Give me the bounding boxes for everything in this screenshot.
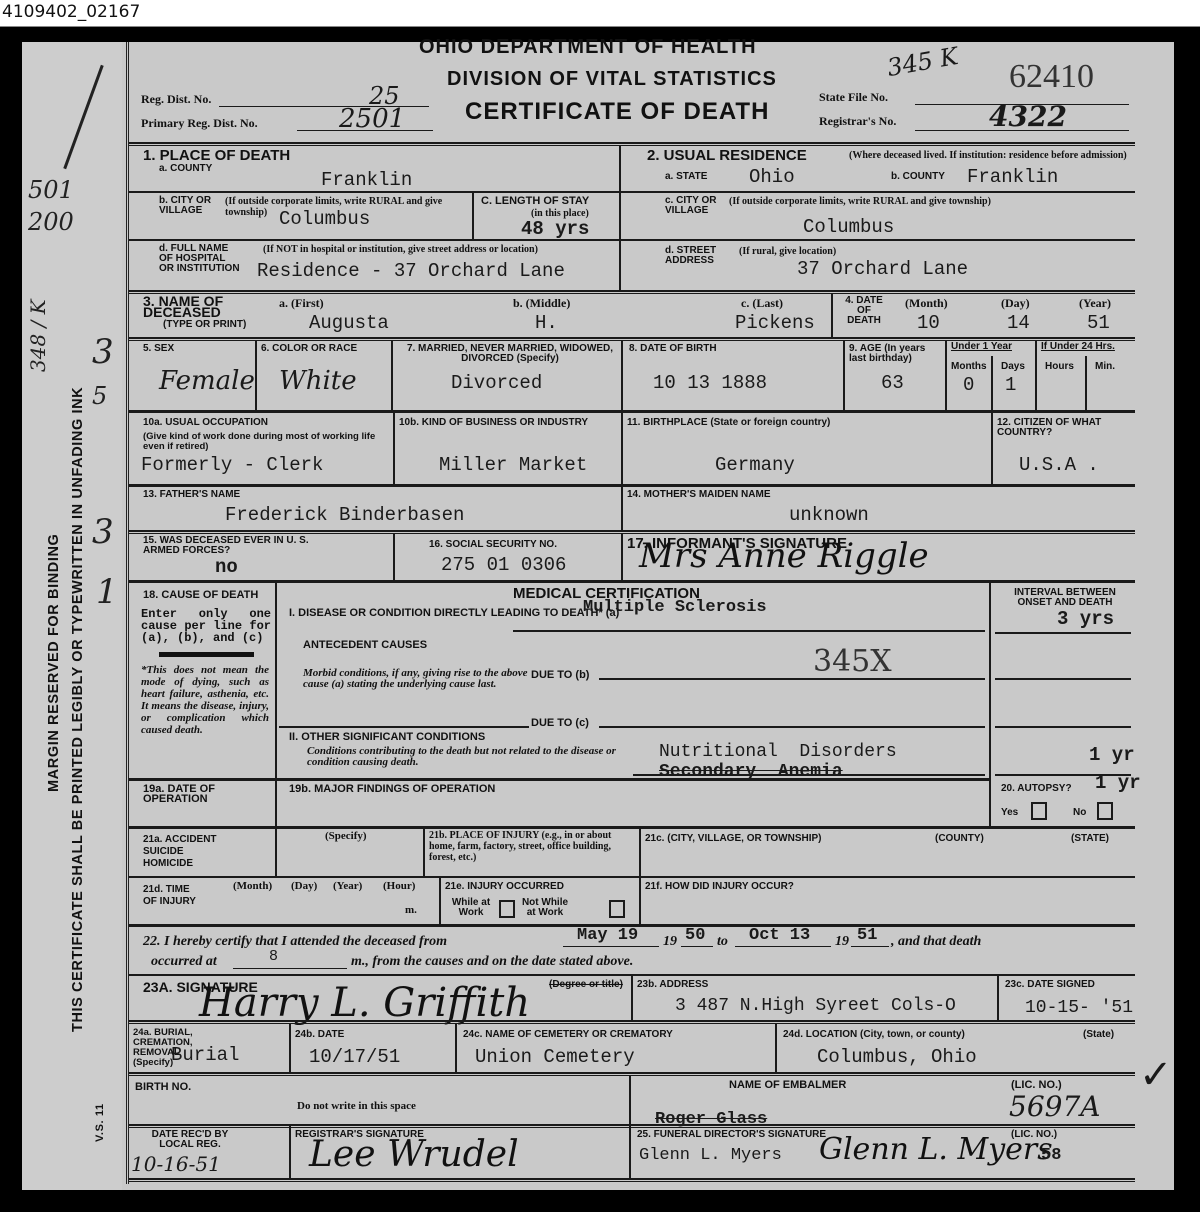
divider [129, 1020, 1135, 1024]
cause-b-code: 345X [813, 644, 892, 679]
embalmer-lic-label: (LIC. NO.) [1011, 1080, 1062, 1090]
months-label: Months [951, 362, 987, 372]
interval-label: INTERVAL BETWEEN ONSET AND DEATH [997, 588, 1133, 608]
degree-title-label: (Degree or title) [549, 980, 623, 990]
ur-city-value: Columbus [803, 216, 894, 238]
divider [621, 534, 623, 580]
pod-hospital-note: (If NOT in hospital or institution, give… [263, 244, 619, 255]
margin-note-3: 348 / K [26, 299, 50, 372]
sex-value: Female [159, 366, 255, 396]
divider [391, 340, 393, 410]
divider [1035, 340, 1037, 410]
days-value: 1 [1005, 374, 1016, 396]
while-at-work-label: While at Work [445, 898, 497, 918]
first-name-value: Augusta [309, 312, 389, 334]
margin-note-1: 501 [28, 176, 74, 204]
divider [997, 976, 999, 1020]
divider [129, 1124, 1135, 1128]
ur-street-label: d. STREET ADDRESS [665, 246, 745, 266]
injury-city-label: 21c. (CITY, VILLAGE, OR TOWNSHIP) [645, 834, 822, 844]
dod-day-label: (Day) [1001, 296, 1030, 311]
divider [393, 412, 395, 484]
margin-note-5: 5 [92, 382, 107, 410]
injury-county-label: (COUNTY) [935, 834, 984, 844]
divider [423, 828, 425, 876]
divider [991, 412, 993, 484]
ur-state-value: Ohio [749, 166, 795, 188]
injury-month-label: (Month) [233, 880, 272, 892]
division-heading: DIVISION OF VITAL STATISTICS [447, 68, 777, 91]
certificate-form: OHIO DEPARTMENT OF HEALTH DIVISION OF VI… [126, 42, 1136, 1184]
divider [129, 290, 1135, 294]
margin-note-7: 1 [96, 572, 118, 612]
operation-date-label: 19a. DATE OF OPERATION [143, 784, 271, 804]
death-time: 8 [269, 948, 278, 965]
year-prefix-1: 19 [663, 936, 677, 947]
attended-from-year: 50 [685, 926, 705, 945]
primary-reg-dist-value: 2501 [339, 104, 405, 134]
cemetery-value: Union Cemetery [475, 1046, 635, 1068]
injury-year-label: (Year) [333, 880, 362, 892]
to-year-line [851, 946, 889, 947]
citizen-value: U.S.A . [1019, 454, 1099, 476]
address-label: 23b. ADDRESS [637, 980, 708, 990]
embalmer-label: NAME OF EMBALMER [729, 1080, 846, 1090]
name-of-deceased-label: 3. NAME OF DECEASED [143, 296, 263, 318]
dod-month-label: (Month) [905, 296, 948, 311]
due-to-b-label: DUE TO (b) [531, 670, 589, 680]
pod-city-label: b. CITY OR VILLAGE [159, 196, 229, 216]
primary-reg-dist-label: Primary Reg. Dist. No. [141, 116, 258, 131]
image-id-label: 4109402_02167 [2, 2, 140, 22]
divider [129, 530, 1135, 534]
occupation-value: Formerly - Clerk [141, 454, 323, 476]
injury-occurred-label: 21e. INJURY OCCURRED [445, 882, 564, 892]
do-not-write-label: Do not write in this space [297, 1100, 416, 1112]
min-label: Min. [1095, 362, 1115, 372]
divider [621, 486, 623, 530]
burial-type-value: Burial [171, 1044, 239, 1066]
ur-city-label: c. CITY OR VILLAGE [665, 196, 725, 216]
last-name-label: c. (Last) [741, 296, 783, 311]
margin-note-4: 3 [92, 332, 114, 372]
business-label: 10b. KIND OF BUSINESS OR INDUSTRY [399, 418, 615, 428]
attended-to-year: 51 [857, 926, 877, 945]
interval-line [995, 632, 1131, 634]
cemetery-label: 24c. NAME OF CEMETERY OR CREMATORY [463, 1030, 673, 1040]
age-value: 63 [881, 372, 904, 394]
days-label: Days [1001, 362, 1025, 372]
autopsy-yes-checkbox[interactable] [1031, 802, 1047, 820]
divider [129, 239, 619, 241]
divider [843, 340, 845, 410]
divider [621, 191, 1135, 193]
disease-label: I. DISEASE OR CONDITION DIRECTLY LEADING… [289, 608, 619, 618]
hours-label: Hours [1045, 362, 1074, 372]
dob-label: 8. DATE OF BIRTH [629, 344, 717, 354]
under-24-hrs-label: If Under 24 Hrs. [1041, 342, 1115, 352]
dod-month-value: 10 [917, 312, 940, 334]
months-value: 0 [963, 374, 974, 396]
interval-line [995, 678, 1131, 680]
armed-forces-label: 15. WAS DECEASED EVER IN U. S. ARMED FOR… [143, 536, 323, 556]
margin-note-2: 200 [28, 208, 74, 236]
attended-from-date: May 19 [577, 926, 638, 945]
father-value: Frederick Binderbasen [225, 504, 464, 526]
burial-location-label: 24d. LOCATION (City, town, or county) [783, 1030, 965, 1040]
margin-binding-text: MARGIN RESERVED FOR BINDING [46, 534, 62, 792]
divider [129, 1178, 1135, 1182]
funeral-lic-value: 58 [1041, 1146, 1061, 1165]
injury-m-label: m. [405, 904, 417, 916]
date-received-value: 10-16-51 [131, 1152, 221, 1176]
middle-name-value: H. [535, 312, 558, 334]
armed-forces-value: no [215, 556, 238, 578]
divider [289, 1126, 291, 1180]
occupation-note: (Give kind of work done during most of w… [143, 432, 393, 452]
not-while-at-work-label: Not While at Work [519, 898, 571, 918]
attended-to-date: Oct 13 [749, 926, 810, 945]
burial-location-value: Columbus, Ohio [817, 1046, 977, 1068]
sex-label: 5. SEX [143, 344, 174, 354]
marital-label: 7. MARRIED, NEVER MARRIED, WIDOWED, DIVO… [397, 344, 623, 364]
reg-dist-label: Reg. Dist. No. [141, 92, 211, 107]
place-of-injury-label: 21b. PLACE OF INJURY (e.g., in or about … [429, 830, 629, 863]
mother-label: 14. MOTHER'S MAIDEN NAME [627, 490, 771, 500]
divider [1085, 356, 1087, 410]
ur-state-label: a. STATE [665, 172, 707, 182]
race-value: White [279, 366, 357, 396]
birthplace-value: Germany [715, 454, 795, 476]
divider [255, 340, 257, 410]
how-injury-label: 21f. HOW DID INJURY OCCUR? [645, 882, 794, 892]
certify-text: 22. I hereby certify that I attended the… [143, 936, 447, 947]
not-while-at-work-checkbox[interactable] [609, 900, 625, 918]
divider [775, 1024, 777, 1072]
date-of-death-label: 4. DATE OF DEATH [839, 296, 889, 326]
burial-date-value: 10/17/51 [309, 1046, 400, 1068]
state-file-annotation: 345 K [885, 42, 960, 82]
section-divider-1-2 [619, 146, 621, 292]
dob-value: 10 13 1888 [653, 372, 767, 394]
death-certificate: MARGIN RESERVED FOR BINDING THIS CERTIFI… [22, 42, 1174, 1190]
last-name-value: Pickens [735, 312, 815, 334]
citizen-label: 12. CITIZEN OF WHAT COUNTRY? [997, 418, 1127, 438]
date-received-label: DATE REC'D BY LOCAL REG. [135, 1130, 245, 1150]
margin-note-6: 3 [92, 512, 114, 552]
interval-a-value: 3 yrs [1057, 608, 1114, 630]
pod-hospital-label: d. FULL NAME OF HOSPITAL OR INSTITUTION [159, 244, 243, 274]
divider [472, 192, 474, 240]
divider [129, 580, 1135, 583]
margin-checkmark [63, 65, 103, 169]
registrar-no-value: 4322 [989, 100, 1067, 133]
state-file-number: 62410 [1009, 58, 1094, 96]
department-heading: OHIO DEPARTMENT OF HEALTH [419, 36, 757, 59]
informant-signature: Mrs Anne Riggle [639, 536, 929, 576]
dod-day-value: 14 [1007, 312, 1030, 334]
pod-stay-label: c. LENGTH OF STAY [481, 196, 589, 207]
form-code: V.S. 11 [94, 1103, 106, 1142]
divider [621, 412, 623, 484]
ur-county-value: Franklin [967, 166, 1058, 188]
burial-state-label: (State) [1083, 1030, 1114, 1040]
state-file-label: State File No. [819, 90, 888, 105]
to-label: to [717, 936, 728, 947]
funeral-director-typed: Glenn L. Myers [639, 1146, 782, 1165]
year-prefix-2: 19 [835, 936, 849, 947]
divider [439, 878, 441, 924]
from-date-line [563, 946, 659, 947]
dod-year-label: (Year) [1079, 296, 1111, 311]
interval-other-2: 1 yr [1095, 772, 1141, 794]
marital-value: Divorced [451, 372, 542, 394]
divider [393, 534, 395, 580]
cause-a-line [513, 630, 985, 632]
ssn-label: 16. SOCIAL SECURITY NO. [429, 540, 557, 550]
ur-county-label: b. COUNTY [891, 172, 945, 182]
review-checkmark: ✓ [1139, 1052, 1173, 1098]
accident-specify-label: (Specify) [325, 830, 367, 842]
first-name-label: a. (First) [279, 296, 324, 311]
physician-address: 3 487 N.High Syreet Cols-O [675, 996, 956, 1016]
burial-date-label: 24b. DATE [295, 1030, 344, 1040]
divider [159, 652, 254, 657]
name-note: (TYPE OR PRINT) [163, 320, 246, 330]
while-at-work-checkbox[interactable] [499, 900, 515, 918]
autopsy-yes-label: Yes [1001, 808, 1018, 818]
pod-city-value: Columbus [279, 208, 370, 230]
death-text: , and that death [891, 936, 981, 947]
occupation-label: 10a. USUAL OCCUPATION [143, 418, 268, 428]
divider [129, 826, 1135, 829]
accident-label: 21a. ACCIDENT SUICIDE HOMICIDE [143, 834, 233, 870]
injury-state-label: (STATE) [1071, 834, 1109, 844]
due-to-c-label: DUE TO (c) [531, 718, 589, 728]
antecedent-label: ANTECEDENT CAUSES [303, 640, 427, 650]
pod-county-label: a. COUNTY [159, 164, 212, 174]
cause-c-pre-line [279, 726, 529, 728]
time-of-injury-label: 21d. TIME OF INJURY [143, 884, 203, 908]
divider [129, 410, 1135, 413]
cause-b-line [599, 678, 985, 680]
pod-county-value: Franklin [321, 169, 412, 191]
ur-city-note: (If outside corporate limits, write RURA… [729, 196, 991, 207]
pod-stay-value: 48 yrs [521, 218, 589, 240]
usual-residence-note: (Where deceased lived. If institution: r… [849, 150, 1135, 161]
age-label: 9. AGE (In years last birthday) [849, 344, 943, 364]
embalmer-lic-value: 5697A [1009, 1090, 1100, 1123]
birth-no-label: BIRTH NO. [135, 1082, 191, 1092]
interval-line [995, 726, 1131, 728]
usual-residence-heading: 2. USUAL RESIDENCE [647, 150, 807, 161]
image-id-bar: 4109402_02167 [0, 0, 1200, 27]
other-condition-1: Nutritional Disorders [659, 742, 897, 762]
date-signed-label: 23c. DATE SIGNED [1005, 980, 1095, 990]
funeral-lic-label: (LIC. NO.) [1011, 1130, 1057, 1140]
divider [129, 484, 1135, 487]
divider [621, 239, 1135, 241]
birthplace-label: 11. BIRTHPLACE (State or foreign country… [627, 418, 830, 428]
cause-a-value: Multiple Sclerosis [583, 598, 767, 617]
certificate-title: CERTIFICATE OF DEATH [465, 98, 769, 126]
operation-findings-label: 19b. MAJOR FINDINGS OF OPERATION [289, 784, 495, 794]
divider [831, 294, 833, 338]
ur-street-value: 37 Orchard Lane [797, 258, 968, 280]
divider [945, 340, 947, 410]
header-divider [129, 142, 1135, 146]
divider [275, 582, 277, 876]
other-conditions-note: Conditions contributing to the death but… [307, 746, 637, 768]
registrar-signature: Lee Wrudel [309, 1134, 519, 1175]
morbid-note: Morbid conditions, if any, giving rise t… [303, 668, 529, 690]
ssn-value: 275 01 0306 [441, 554, 566, 576]
interval-other-1: 1 yr [1089, 744, 1135, 766]
divider [455, 1024, 457, 1072]
cause-c-line [599, 726, 985, 728]
autopsy-no-label: No [1073, 808, 1086, 818]
binding-margin: MARGIN RESERVED FOR BINDING THIS CERTIFI… [22, 42, 122, 1190]
place-of-death-heading: 1. PLACE OF DEATH [143, 150, 290, 161]
divider [631, 976, 633, 1020]
from-causes-text: m., from the causes and on the date stat… [351, 956, 633, 967]
under-1-year-label: Under 1 Year [951, 342, 1012, 352]
autopsy-no-checkbox[interactable] [1097, 802, 1113, 820]
to-date-line [735, 946, 831, 947]
divider [621, 340, 623, 410]
occurred-at-text: occurred at [151, 956, 217, 967]
margin-legibility-text: THIS CERTIFICATE SHALL BE PRINTED LEGIBL… [70, 387, 86, 1032]
from-year-line [681, 946, 713, 947]
divider [129, 191, 619, 193]
divider [629, 1076, 631, 1180]
divider [129, 876, 1135, 878]
divider [989, 582, 991, 826]
dod-year-value: 51 [1087, 312, 1110, 334]
other-conditions-label: II. OTHER SIGNIFICANT CONDITIONS [289, 732, 485, 742]
ur-street-note: (If rural, give location) [739, 246, 836, 257]
divider [289, 1024, 291, 1072]
injury-day-label: (Day) [291, 880, 317, 892]
business-value: Miller Market [439, 454, 587, 476]
father-label: 13. FATHER'S NAME [143, 490, 240, 500]
cause-instruction: Enter only one cause per line for (a), (… [141, 608, 271, 644]
time-line [233, 968, 347, 969]
date-signed-value: 10-15- '51 [1025, 998, 1133, 1018]
autopsy-label: 20. AUTOPSY? [1001, 784, 1072, 794]
cause-of-death-label: 18. CAUSE OF DEATH [143, 590, 258, 600]
pod-hospital-value: Residence - 37 Orchard Lane [257, 260, 565, 282]
divider [129, 778, 989, 781]
race-label: 6. COLOR OR RACE [261, 344, 357, 354]
funeral-director-label: 25. FUNERAL DIRECTOR'S SIGNATURE [637, 1130, 826, 1140]
middle-name-label: b. (Middle) [513, 296, 570, 311]
cause-footnote: *This does not mean the mode of dying, s… [141, 664, 269, 736]
divider [991, 356, 993, 410]
divider [129, 1072, 1135, 1076]
injury-hour-label: (Hour) [383, 880, 415, 892]
registrar-no-label: Registrar's No. [819, 114, 896, 129]
mother-value: unknown [789, 504, 869, 526]
